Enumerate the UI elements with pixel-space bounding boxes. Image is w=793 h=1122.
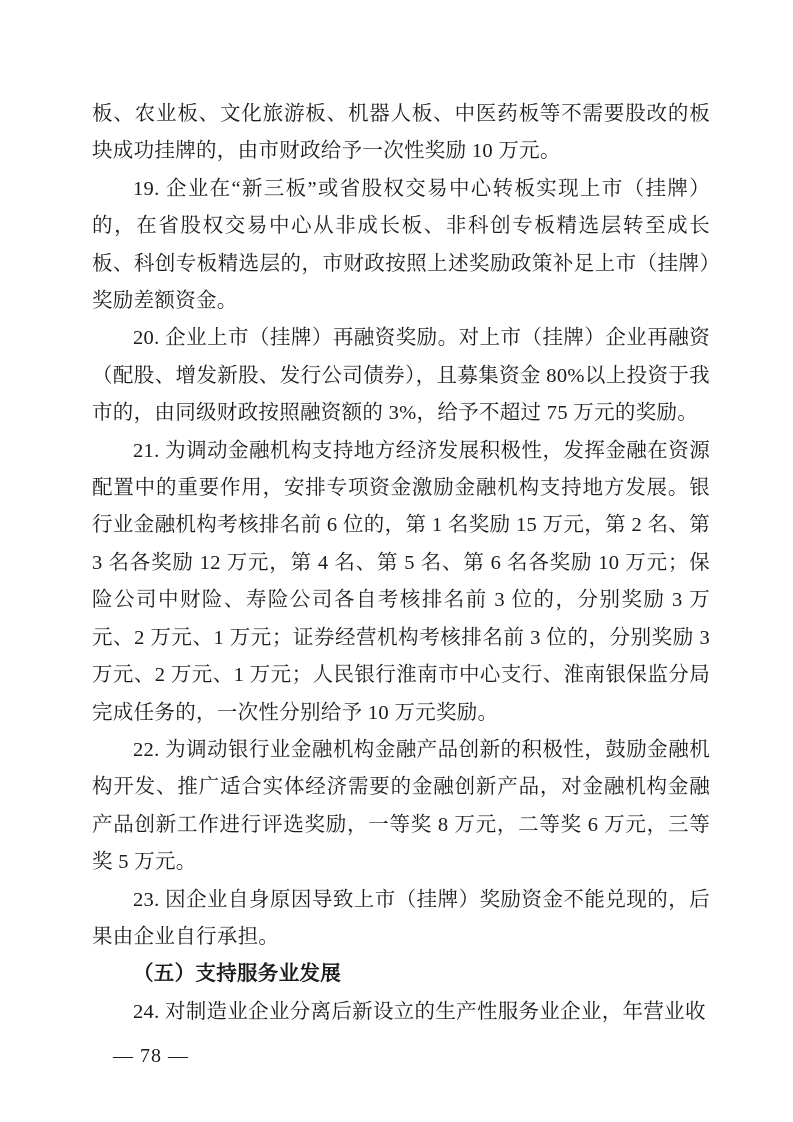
section-heading-5: （五）支持服务业发展 bbox=[92, 956, 710, 993]
paragraph-item-19: 19. 企业在“新三板”或省股权交易中心转板实现上市（挂牌） 的，在省股权交易中… bbox=[92, 171, 710, 321]
paragraph-item-22: 22. 为调动银行业金融机构金融产品创新的积极性，鼓励金融机构开发、推广适合实体… bbox=[92, 732, 710, 882]
paragraph-item-23: 23. 因企业自身原因导致上市（挂牌）奖励资金不能兑现的，后果由企业自行承担。 bbox=[92, 882, 710, 957]
document-body: 板、农业板、文化旅游板、机器人板、中医药板等不需要股改的板块成功挂牌的，由市财政… bbox=[92, 96, 710, 1031]
page-footer: — 78 — bbox=[113, 1044, 189, 1068]
paragraph-item-21: 21. 为调动金融机构支持地方经济发展积极性，发挥金融在资源配置中的重要作用，安… bbox=[92, 433, 710, 732]
paragraph-item-24: 24. 对制造业企业分离后新设立的生产性服务业企业，年营业收 bbox=[92, 994, 710, 1031]
document-page: 板、农业板、文化旅游板、机器人板、中医药板等不需要股改的板块成功挂牌的，由市财政… bbox=[0, 0, 793, 1122]
paragraph-continuation: 板、农业板、文化旅游板、机器人板、中医药板等不需要股改的板块成功挂牌的，由市财政… bbox=[92, 96, 710, 171]
page-number: — 78 — bbox=[113, 1045, 189, 1067]
paragraph-item-20: 20. 企业上市（挂牌）再融资奖励。对上市（挂牌）企业再融资（配股、增发新股、发… bbox=[92, 320, 710, 432]
